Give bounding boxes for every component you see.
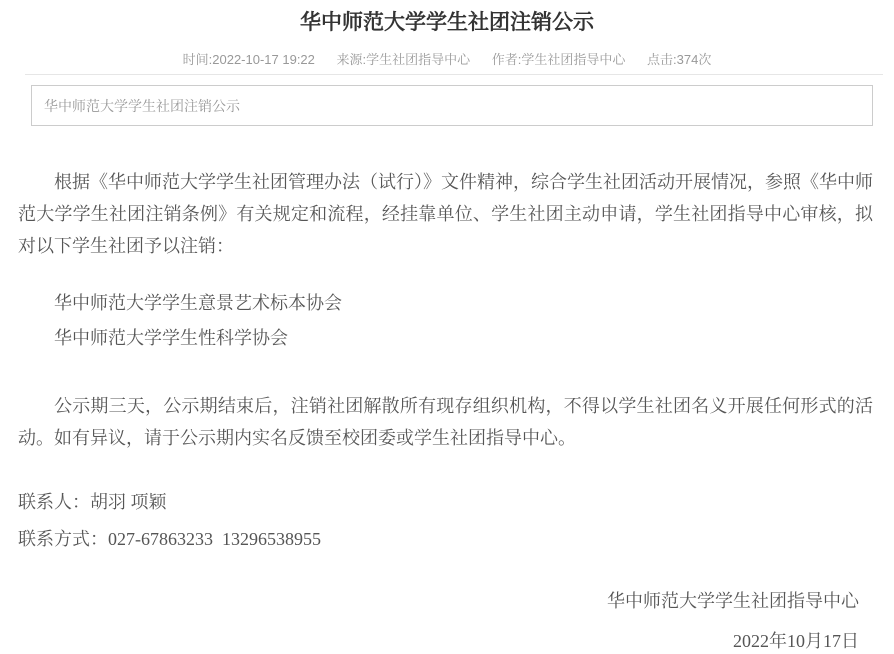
club-name-item: 华中师范大学学生性科学协会 — [18, 322, 873, 354]
article-body: 根据《华中师范大学学生社团管理办法（试行）》文件精神，综合学生社团活动开展情况，… — [18, 166, 873, 654]
paragraph-basis: 根据《华中师范大学学生社团管理办法（试行）》文件精神，综合学生社团活动开展情况，… — [18, 166, 873, 262]
contact-person-line: 联系人：胡羽 项颖 — [18, 486, 873, 518]
meta-divider — [25, 74, 883, 75]
article-meta: 时间:2022-10-17 19:22 来源:学生社团指导中心 作者:学生社团指… — [0, 53, 894, 67]
club-name-item: 华中师范大学学生意景艺术标本协会 — [18, 287, 873, 319]
page-title: 华中师范大学学生社团注销公示 — [25, 10, 869, 36]
meta-clicks: 点击:374次 — [647, 53, 711, 67]
paragraph-notice-period: 公示期三天，公示期结束后，注销社团解散所有现存组织机构，不得以学生社团名义开展任… — [18, 390, 873, 454]
article-page: 华中师范大学学生社团注销公示 时间:2022-10-17 19:22 来源:学生… — [0, 0, 894, 654]
meta-source: 来源:学生社团指导中心 — [337, 53, 471, 67]
article-summary-box: 华中师范大学学生社团注销公示 — [31, 85, 873, 126]
signature-organization: 华中师范大学学生社团指导中心 — [18, 585, 873, 617]
signature-date: 2022年10月17日 — [18, 625, 873, 654]
meta-time: 时间:2022-10-17 19:22 — [183, 53, 315, 67]
meta-author: 作者:学生社团指导中心 — [492, 53, 626, 67]
article-summary-text: 华中师范大学学生社团注销公示 — [44, 96, 240, 116]
contact-phone-line: 联系方式：027-67863233 13296538955 — [18, 523, 873, 555]
